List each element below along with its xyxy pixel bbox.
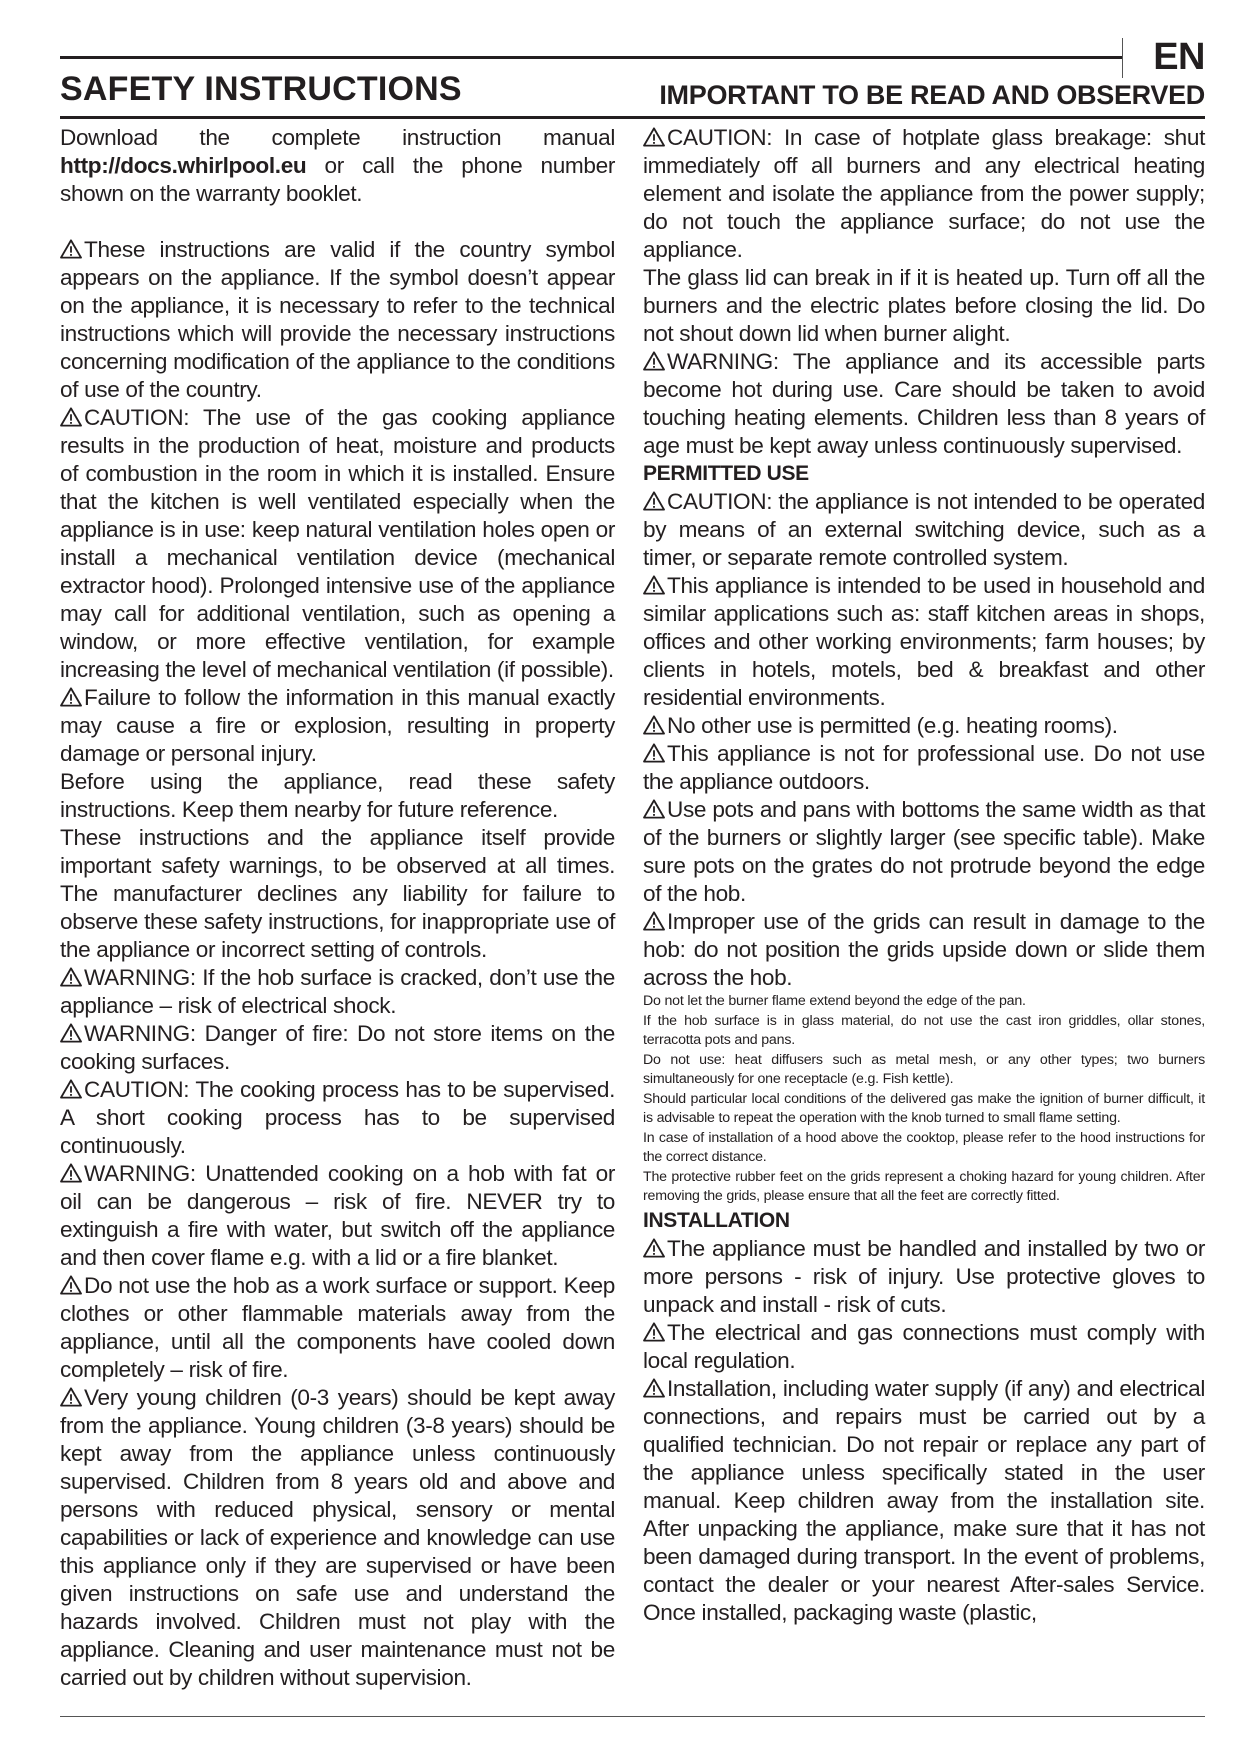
paragraph-text: This appliance is intended to be used in… bbox=[643, 573, 1205, 710]
paragraph-text: The glass lid can break in if it is heat… bbox=[643, 265, 1205, 346]
warning-triangle-icon bbox=[643, 1237, 665, 1257]
warning-triangle-icon bbox=[643, 910, 665, 930]
paragraph: This appliance is intended to be used in… bbox=[643, 572, 1205, 712]
paragraph: If the hob surface is in glass material,… bbox=[643, 1012, 1205, 1051]
paragraph-text: Installation, including water supply (if… bbox=[643, 1376, 1205, 1625]
warning-triangle-icon bbox=[643, 574, 665, 594]
page-subtitle: IMPORTANT TO BE READ AND OBSERVED bbox=[659, 80, 1205, 111]
installation-heading: INSTALLATION bbox=[643, 1207, 1205, 1235]
paragraph: CAUTION: The cooking process has to be s… bbox=[60, 1076, 615, 1160]
paragraph: No other use is permitted (e.g. heating … bbox=[643, 712, 1205, 740]
paragraph-text: If the hob surface is in glass material,… bbox=[643, 1013, 1205, 1049]
small-notes-list: Do not let the burner flame extend beyon… bbox=[643, 992, 1205, 1207]
paragraph-text: The electrical and gas connections must … bbox=[643, 1320, 1205, 1373]
manual-link[interactable]: http://docs.whirlpool.eu bbox=[60, 153, 306, 178]
paragraph: WARNING: The appliance and its accessibl… bbox=[643, 348, 1205, 460]
intro-text: Download the complete instruction manual bbox=[60, 125, 615, 150]
paragraph-text: Do not use the hob as a work surface or … bbox=[60, 1273, 615, 1382]
right-column: CAUTION: In case of hotplate glass break… bbox=[643, 124, 1205, 1627]
paragraph-text: WARNING: Unattended cooking on a hob wit… bbox=[60, 1161, 615, 1270]
paragraph-text: Should particular local conditions of th… bbox=[643, 1091, 1205, 1127]
warning-triangle-icon bbox=[60, 1386, 82, 1406]
paragraph: Do not use: heat diffusers such as metal… bbox=[643, 1051, 1205, 1090]
paragraph: CAUTION: the appliance is not intended t… bbox=[643, 488, 1205, 572]
paragraph-text: Improper use of the grids can result in … bbox=[643, 909, 1205, 990]
warning-triangle-icon bbox=[643, 742, 665, 762]
paragraph-text: Very young children (0-3 years) should b… bbox=[60, 1385, 615, 1690]
paragraph-text: In case of installation of a hood above … bbox=[643, 1130, 1205, 1166]
warning-triangle-icon bbox=[60, 1162, 82, 1182]
warning-triangle-icon bbox=[643, 1321, 665, 1341]
paragraph-text: Use pots and pans with bottoms the same … bbox=[643, 797, 1205, 906]
warning-triangle-icon bbox=[60, 238, 82, 258]
warning-triangle-icon bbox=[60, 406, 82, 426]
warning-triangle-icon bbox=[60, 966, 82, 986]
paragraph-text: Do not use: heat diffusers such as metal… bbox=[643, 1052, 1205, 1088]
language-code: EN bbox=[1153, 36, 1205, 79]
top-rule bbox=[60, 56, 1122, 59]
paragraph-text: Before using the appliance, read these s… bbox=[60, 769, 615, 822]
language-divider bbox=[1122, 38, 1123, 78]
paragraph: The glass lid can break in if it is heat… bbox=[643, 264, 1205, 348]
paragraph-text: Do not let the burner flame extend beyon… bbox=[643, 993, 1026, 1009]
warning-triangle-icon bbox=[643, 714, 665, 734]
paragraph: Before using the appliance, read these s… bbox=[60, 768, 615, 824]
paragraph: Do not use the hob as a work surface or … bbox=[60, 1272, 615, 1384]
footer-rule bbox=[60, 1716, 1205, 1717]
left-paragraph-list: These instructions are valid if the coun… bbox=[60, 236, 615, 1692]
paragraph: Failure to follow the information in thi… bbox=[60, 684, 615, 768]
page-title: SAFETY INSTRUCTIONS bbox=[60, 70, 462, 109]
warning-triangle-icon bbox=[643, 1377, 665, 1397]
paragraph: CAUTION: The use of the gas cooking appl… bbox=[60, 404, 615, 684]
paragraph: CAUTION: In case of hotplate glass break… bbox=[643, 124, 1205, 264]
warning-triangle-icon bbox=[60, 686, 82, 706]
warning-triangle-icon bbox=[643, 490, 665, 510]
paragraph-text: CAUTION: the appliance is not intended t… bbox=[643, 489, 1205, 570]
installation-list: The appliance must be handled and instal… bbox=[643, 1235, 1205, 1627]
paragraph: In case of installation of a hood above … bbox=[643, 1129, 1205, 1168]
right-paragraph-list: CAUTION: In case of hotplate glass break… bbox=[643, 124, 1205, 460]
paragraph-text: CAUTION: The use of the gas cooking appl… bbox=[60, 405, 615, 682]
paragraph-text: The appliance must be handled and instal… bbox=[643, 1236, 1205, 1317]
warning-triangle-icon bbox=[643, 798, 665, 818]
warning-triangle-icon bbox=[60, 1078, 82, 1098]
paragraph-text: These instructions are valid if the coun… bbox=[60, 237, 615, 402]
paragraph-text: No other use is permitted (e.g. heating … bbox=[667, 713, 1118, 738]
paragraph-text: The protective rubber feet on the grids … bbox=[643, 1169, 1205, 1205]
paragraph-text: CAUTION: In case of hotplate glass break… bbox=[643, 125, 1205, 262]
warning-triangle-icon bbox=[643, 126, 665, 146]
paragraph: Very young children (0-3 years) should b… bbox=[60, 1384, 615, 1692]
paragraph: WARNING: Unattended cooking on a hob wit… bbox=[60, 1160, 615, 1272]
paragraph-text: WARNING: The appliance and its accessibl… bbox=[643, 349, 1205, 458]
paragraph: This appliance is not for professional u… bbox=[643, 740, 1205, 796]
warning-triangle-icon bbox=[60, 1022, 82, 1042]
paragraph-text: These instructions and the appliance its… bbox=[60, 825, 615, 962]
left-column: Download the complete instruction manual… bbox=[60, 124, 615, 1692]
paragraph: The electrical and gas connections must … bbox=[643, 1319, 1205, 1375]
permitted-use-list: CAUTION: the appliance is not intended t… bbox=[643, 488, 1205, 992]
paragraph: Improper use of the grids can result in … bbox=[643, 908, 1205, 992]
paragraph: These instructions are valid if the coun… bbox=[60, 236, 615, 404]
paragraph: The protective rubber feet on the grids … bbox=[643, 1168, 1205, 1207]
paragraph: Installation, including water supply (if… bbox=[643, 1375, 1205, 1627]
warning-triangle-icon bbox=[60, 1274, 82, 1294]
paragraph-text: WARNING: Danger of fire: Do not store it… bbox=[60, 1021, 615, 1074]
paragraph: WARNING: Danger of fire: Do not store it… bbox=[60, 1020, 615, 1076]
paragraph-text: This appliance is not for professional u… bbox=[643, 741, 1205, 794]
paragraph-text: Failure to follow the information in thi… bbox=[60, 685, 615, 766]
title-rule bbox=[60, 116, 1205, 119]
paragraph-text: CAUTION: The cooking process has to be s… bbox=[60, 1077, 615, 1158]
permitted-use-heading: PERMITTED USE bbox=[643, 460, 1205, 488]
paragraph-text: WARNING: If the hob surface is cracked, … bbox=[60, 965, 615, 1018]
intro-paragraph: Download the complete instruction manual… bbox=[60, 124, 615, 208]
paragraph: Do not let the burner flame extend beyon… bbox=[643, 992, 1205, 1012]
paragraph: The appliance must be handled and instal… bbox=[643, 1235, 1205, 1319]
warning-triangle-icon bbox=[643, 350, 665, 370]
spacer bbox=[60, 208, 615, 236]
paragraph: Should particular local conditions of th… bbox=[643, 1090, 1205, 1129]
paragraph: Use pots and pans with bottoms the same … bbox=[643, 796, 1205, 908]
paragraph: WARNING: If the hob surface is cracked, … bbox=[60, 964, 615, 1020]
paragraph: These instructions and the appliance its… bbox=[60, 824, 615, 964]
